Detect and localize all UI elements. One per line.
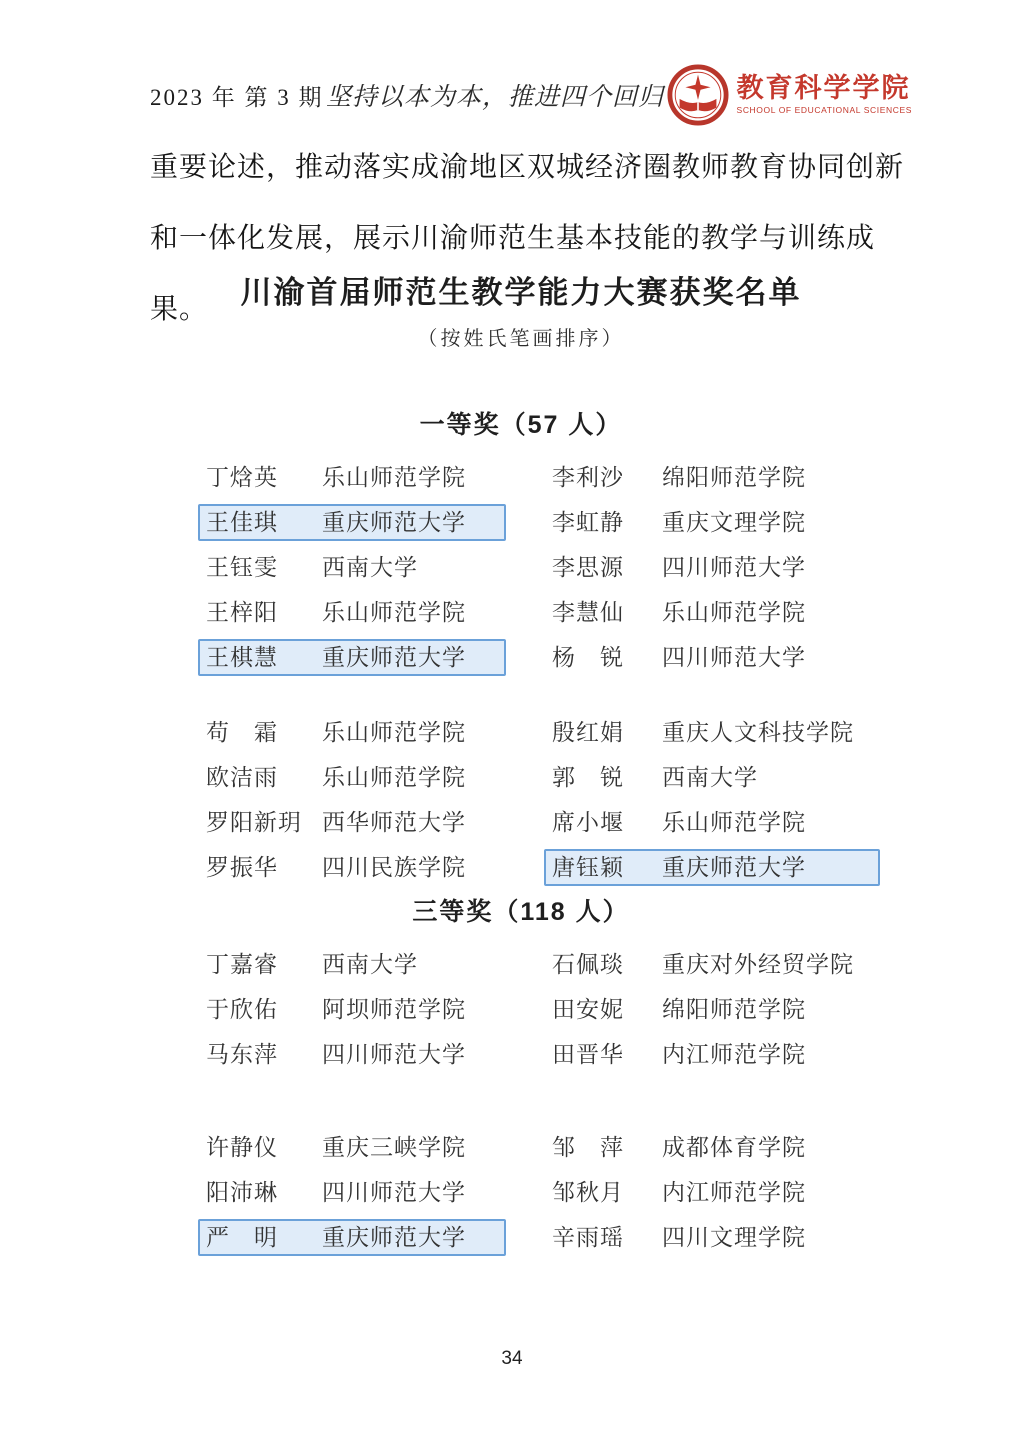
awardee-name: 唐钰颖 <box>552 853 662 882</box>
section-heading-third-prize: 三等奖（118 人） <box>168 894 874 930</box>
awardee-school: 重庆师范大学 <box>322 1223 498 1252</box>
awardee-school: 四川师范大学 <box>662 553 872 582</box>
award-row: 王棋慧 重庆师范大学 杨 锐 四川师范大学 <box>168 639 874 676</box>
awardee: 邹秋月 内江师范学院 <box>544 1174 880 1211</box>
awardee: 邹 萍 成都体育学院 <box>544 1129 880 1166</box>
awardee-name: 罗阳新玥 <box>206 808 322 837</box>
third-prize-block-2: 许静仪 重庆三峡学院 邹 萍 成都体育学院 阳沛琳 四川师范大学 邹秋月 内江师… <box>168 1129 874 1256</box>
awardee-highlighted: 王佳琪 重庆师范大学 <box>198 504 506 541</box>
awardee-school: 四川师范大学 <box>322 1040 498 1069</box>
awardee: 郭 锐 西南大学 <box>544 759 880 796</box>
awardee-highlighted: 唐钰颖 重庆师范大学 <box>544 849 880 886</box>
awardee-school: 重庆三峡学院 <box>322 1133 498 1162</box>
awardee-name: 王钰雯 <box>206 553 322 582</box>
awardee-school: 重庆文理学院 <box>662 508 872 537</box>
first-prize-block-2: 苟 霜 乐山师范学院 殷红娟 重庆人文科技学院 欧洁雨 乐山师范学院 郭 锐 西… <box>168 714 874 886</box>
award-row: 王钰雯 西南大学 李思源 四川师范大学 <box>168 549 874 586</box>
awardee-school: 重庆师范大学 <box>322 643 498 672</box>
third-prize-block-1: 丁嘉睿 西南大学 石佩琰 重庆对外经贸学院 于欣佑 阿坝师范学院 田安妮 绵阳师… <box>168 946 874 1073</box>
award-row: 王佳琪 重庆师范大学 李虹静 重庆文理学院 <box>168 504 874 541</box>
award-row: 阳沛琳 四川师范大学 邹秋月 内江师范学院 <box>168 1174 874 1211</box>
awardee: 于欣佑 阿坝师范学院 <box>198 991 506 1028</box>
section-heading-first-prize: 一等奖（57 人） <box>168 407 874 443</box>
award-row: 于欣佑 阿坝师范学院 田安妮 绵阳师范学院 <box>168 991 874 1028</box>
first-prize-block-1: 丁焓英 乐山师范学院 李利沙 绵阳师范学院 王佳琪 重庆师范大学 李虹静 重庆文… <box>168 459 874 676</box>
awardee: 田安妮 绵阳师范学院 <box>544 991 880 1028</box>
awardee: 李利沙 绵阳师范学院 <box>544 459 880 496</box>
school-name-en: SCHOOL OF EDUCATIONAL SCIENCES <box>737 106 912 115</box>
awardee-name: 石佩琰 <box>552 950 662 979</box>
awardee: 席小堰 乐山师范学院 <box>544 804 880 841</box>
awardee-name: 王佳琪 <box>206 508 322 537</box>
awardee-name: 阳沛琳 <box>206 1178 322 1207</box>
awardee-school: 阿坝师范学院 <box>322 995 498 1024</box>
awardee: 阳沛琳 四川师范大学 <box>198 1174 506 1211</box>
page-number: 34 <box>0 1348 1024 1370</box>
awardee-school: 绵阳师范学院 <box>662 463 872 492</box>
awardee-name: 田晋华 <box>552 1040 662 1069</box>
header-slogan: 坚持以本为本，推进四个回归 <box>326 77 664 113</box>
awardee-name: 殷红娟 <box>552 718 662 747</box>
awardee-name: 杨 锐 <box>552 643 662 672</box>
awardee-school: 乐山师范学院 <box>322 763 498 792</box>
awardee-school: 四川文理学院 <box>662 1223 872 1252</box>
award-row: 严 明 重庆师范大学 辛雨瑶 四川文理学院 <box>168 1219 874 1256</box>
award-row: 苟 霜 乐山师范学院 殷红娟 重庆人文科技学院 <box>168 714 874 751</box>
award-row: 王梓阳 乐山师范学院 李慧仙 乐山师范学院 <box>168 594 874 631</box>
awardee: 许静仪 重庆三峡学院 <box>198 1129 506 1166</box>
award-row: 罗振华 四川民族学院 唐钰颖 重庆师范大学 <box>168 849 874 886</box>
award-list-title: 川渝首届师范生教学能力大赛获奖名单 <box>168 272 874 314</box>
awardee-name: 邹 萍 <box>552 1133 662 1162</box>
school-logo: 教育科学学院 SCHOOL OF EDUCATIONAL SCIENCES <box>667 64 912 126</box>
award-row: 欧洁雨 乐山师范学院 郭 锐 西南大学 <box>168 759 874 796</box>
awardee-highlighted: 严 明 重庆师范大学 <box>198 1219 506 1256</box>
school-logo-text: 教育科学学院 SCHOOL OF EDUCATIONAL SCIENCES <box>737 75 912 115</box>
awardee-school: 四川民族学院 <box>322 853 498 882</box>
awardee-name: 严 明 <box>206 1223 322 1252</box>
awardee: 殷红娟 重庆人文科技学院 <box>544 714 880 751</box>
awardee-name: 苟 霜 <box>206 718 322 747</box>
awardee: 李思源 四川师范大学 <box>544 549 880 586</box>
awardee: 李慧仙 乐山师范学院 <box>544 594 880 631</box>
awardee: 石佩琰 重庆对外经贸学院 <box>544 946 880 983</box>
awardee-school: 西南大学 <box>662 763 872 792</box>
awardee-school: 乐山师范学院 <box>322 463 498 492</box>
award-list-subtitle: （按姓氏笔画排序） <box>168 324 874 354</box>
award-list-scan: 川渝首届师范生教学能力大赛获奖名单 （按姓氏笔画排序） 一等奖（57 人） 丁焓… <box>168 272 874 1264</box>
awardee-name: 许静仪 <box>206 1133 322 1162</box>
awardee-name: 王棋慧 <box>206 643 322 672</box>
awardee-school: 成都体育学院 <box>662 1133 872 1162</box>
awardee-name: 李利沙 <box>552 463 662 492</box>
awardee-name: 丁焓英 <box>206 463 322 492</box>
awardee: 王梓阳 乐山师范学院 <box>198 594 506 631</box>
awardee: 李虹静 重庆文理学院 <box>544 504 880 541</box>
awardee-school: 绵阳师范学院 <box>662 995 872 1024</box>
awardee-school: 内江师范学院 <box>662 1178 872 1207</box>
awardee: 马东萍 四川师范大学 <box>198 1036 506 1073</box>
awardee: 苟 霜 乐山师范学院 <box>198 714 506 751</box>
school-emblem-icon <box>667 64 729 126</box>
awardee: 丁焓英 乐山师范学院 <box>198 459 506 496</box>
awardee: 罗振华 四川民族学院 <box>198 849 506 886</box>
awardee-school: 乐山师范学院 <box>662 598 872 627</box>
awardee-school: 重庆师范大学 <box>662 853 872 882</box>
awardee-name: 丁嘉睿 <box>206 950 322 979</box>
school-name-cn: 教育科学学院 <box>737 75 912 102</box>
awardee-school: 四川师范大学 <box>322 1178 498 1207</box>
awardee-name: 罗振华 <box>206 853 322 882</box>
awardee-name: 王梓阳 <box>206 598 322 627</box>
awardee-school: 西华师范大学 <box>322 808 498 837</box>
page-header: 2023 年 第 3 期 坚持以本为本，推进四个回归 教育科学学院 SCHOOL… <box>150 60 912 130</box>
awardee-school: 重庆对外经贸学院 <box>662 950 872 979</box>
awardee-school: 西南大学 <box>322 553 498 582</box>
awardee: 田晋华 内江师范学院 <box>544 1036 880 1073</box>
awardee-school: 重庆人文科技学院 <box>662 718 872 747</box>
award-row: 丁焓英 乐山师范学院 李利沙 绵阳师范学院 <box>168 459 874 496</box>
awardee-school: 乐山师范学院 <box>322 598 498 627</box>
awardee-name: 田安妮 <box>552 995 662 1024</box>
awardee-name: 郭 锐 <box>552 763 662 792</box>
awardee: 丁嘉睿 西南大学 <box>198 946 506 983</box>
awardee-name: 席小堰 <box>552 808 662 837</box>
awardee: 杨 锐 四川师范大学 <box>544 639 880 676</box>
awardee: 罗阳新玥 西华师范大学 <box>198 804 506 841</box>
awardee-name: 李慧仙 <box>552 598 662 627</box>
awardee-school: 重庆师范大学 <box>322 508 498 537</box>
block-gap <box>168 1081 874 1117</box>
awardee: 王钰雯 西南大学 <box>198 549 506 586</box>
awardee-school: 四川师范大学 <box>662 643 872 672</box>
awardee-school: 西南大学 <box>322 950 498 979</box>
award-row: 马东萍 四川师范大学 田晋华 内江师范学院 <box>168 1036 874 1073</box>
awardee-name: 马东萍 <box>206 1040 322 1069</box>
block-gap <box>168 684 874 702</box>
awardee-name: 邹秋月 <box>552 1178 662 1207</box>
awardee-name: 辛雨瑶 <box>552 1223 662 1252</box>
award-row: 罗阳新玥 西华师范大学 席小堰 乐山师范学院 <box>168 804 874 841</box>
awardee-name: 李思源 <box>552 553 662 582</box>
awardee-name: 欧洁雨 <box>206 763 322 792</box>
award-row: 丁嘉睿 西南大学 石佩琰 重庆对外经贸学院 <box>168 946 874 983</box>
awardee-highlighted: 王棋慧 重庆师范大学 <box>198 639 506 676</box>
paragraph-line-1: 重要论述，推动落实成渝地区双城经济圈教师教育协同创新 <box>150 132 906 203</box>
awardee-school: 乐山师范学院 <box>662 808 872 837</box>
issue-label: 2023 年 第 3 期 <box>150 79 324 112</box>
awardee-school: 内江师范学院 <box>662 1040 872 1069</box>
awardee: 欧洁雨 乐山师范学院 <box>198 759 506 796</box>
award-row: 许静仪 重庆三峡学院 邹 萍 成都体育学院 <box>168 1129 874 1166</box>
awardee: 辛雨瑶 四川文理学院 <box>544 1219 880 1256</box>
awardee-name: 于欣佑 <box>206 995 322 1024</box>
awardee-name: 李虹静 <box>552 508 662 537</box>
awardee-school: 乐山师范学院 <box>322 718 498 747</box>
